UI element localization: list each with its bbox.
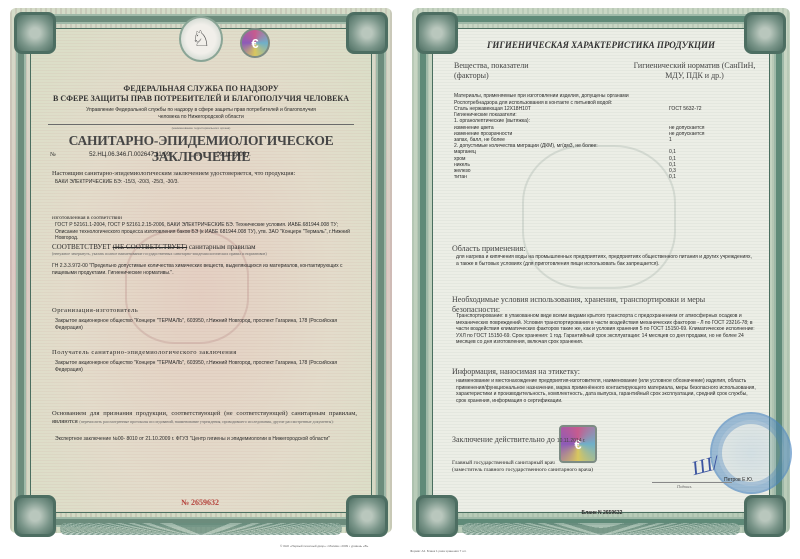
label-info-text: наименование и местонахождение предприят… [456,378,756,404]
manufacturer-text: Закрытое акционерное общество "Концерн "… [55,318,355,331]
valid-until-date: 10.11.2014 г. [557,438,586,444]
manufactured-label: изготовленная в соответствии [52,215,352,222]
rules-text: ГН 2.3.3.972-00 "Предельно допустимые ко… [52,263,358,276]
certifies-text: Настоящим санитарно-эпидемиологическим з… [52,170,362,178]
substance-name: титан [454,174,669,180]
signature-line [652,482,732,483]
blank-number: Бланк N 2659632 [552,510,652,517]
number-date-line: № 52.НЦ.06.346.П.002647.11.09 от 09.11.2… [50,151,370,159]
hygiene-table: Сталь нержавеющая 12Х18Н10ТГОСТ 5632-72Г… [454,106,754,180]
ornament-corner-icon [14,495,56,537]
header-line-2: В СФЕРЕ ЗАЩИТЫ ПРАВ ПОТРЕБИТЕЛЕЙ И БЛАГО… [40,94,362,104]
basis-caption: (перечислить рассмотренные протоколы исс… [79,419,333,424]
scope-text: для нагрева и кипячения воды на промышле… [456,254,756,267]
norm-value: 0,1 [669,174,754,180]
scope-label: Область применения: [452,244,752,254]
document-title: САНИТАРНО-ЭПИДЕМИОЛОГИЧЕСКОЕ ЗАКЛЮЧЕНИЕ [34,133,368,165]
ornament-corner-icon [744,495,786,537]
manufacturer-label: Организация-изготовитель [52,307,352,315]
conforms-word: СООТВЕТСТВУЕТ [52,243,111,251]
conditions-label: Необходимые условия использования, хране… [452,295,752,315]
guilloche-band [462,523,740,535]
sanitary-certificate-front: ♘ € ФЕДЕРАЛЬНАЯ СЛУЖБА ПО НАДЗОРУ В СФЕР… [0,0,402,559]
materials-intro: Материалы, применяемые при изготовлении … [454,93,634,106]
number-label: № [50,152,56,158]
printer-imprint: Формат А4. Бланк 1 раза хранения 7 шт. [410,549,530,554]
ornament-corner-icon [346,12,388,54]
certificate-number: 52.НЦ.06.346.П.002647.11.09 [89,152,170,158]
recipient-text: Закрытое акционерное общество "Концерн "… [55,360,355,373]
guilloche-band [60,523,342,535]
ornament-corner-icon [14,12,56,54]
signature-caption: Подпись [677,484,717,489]
hologram-icon: € [240,28,270,58]
standards-text: ГОСТ Р 52161.1-2004, ГОСТ Р 52161.2.15-2… [55,222,355,242]
table-row: титан0,1 [454,174,754,180]
valid-until-label: Заключение действительно до [452,435,555,444]
norm-column-header: Гигиенический норматив (СанПиН, МДУ, ПДК… [627,61,762,81]
department: Управление Федеральной службы по надзору… [50,107,352,120]
signer-name: Петров Е.Ю. [724,477,774,484]
basis-text: Экспертное заключение №00- 8010 от 21.10… [55,436,355,443]
blank-number: № 2659632 [150,498,250,507]
hygiene-characteristics-title: ГИГИЕНИЧЕСКАЯ ХАРАКТЕРИСТИКА ПРОДУКЦИИ [432,40,770,51]
date-label: от [195,152,201,158]
substances-column-header: Вещества, показатели (факторы) [454,61,544,81]
department-line-2: человека по Нижегородской области [50,114,352,121]
printer-imprint: © ЗАО «Первый печатный двор» • Москва • … [280,544,390,549]
ornament-corner-icon [346,495,388,537]
divider [48,124,354,125]
rules-caption: (ненужное зачеркнуть, указать полное наи… [52,251,352,256]
validity-line: Заключение действительно до 10.11.2014 г… [452,435,652,445]
basis-block: Основанием для признания продукции, соот… [52,410,357,426]
coat-of-arms-icon: ♘ [179,16,223,62]
signer-title: Главный государственный санитарный врач … [452,460,652,473]
department-caption: (наименование территориального органа) [48,126,354,131]
header-line-1: ФЕДЕРАЛЬНАЯ СЛУЖБА ПО НАДЗОРУ [40,84,362,94]
sanitary-certificate-back: ГИГИЕНИЧЕСКАЯ ХАРАКТЕРИСТИКА ПРОДУКЦИИ В… [402,0,800,559]
sanitary-rules-label: санитарным правилам [189,243,256,251]
ornament-corner-icon [416,495,458,537]
product-name: БАКИ ЭЛЕКТРИЧЕСКИЕ БЭ: -15/3, -20/3, -25… [55,179,355,186]
agency-header: ФЕДЕРАЛЬНАЯ СЛУЖБА ПО НАДЗОРУ В СФЕРЕ ЗА… [40,84,362,104]
signer-title-line-2: (заместитель главного государственного с… [452,467,652,474]
department-line-1: Управление Федеральной службы по надзору… [50,107,352,114]
conditions-text: Транспортирование: в упакованном виде вс… [456,313,756,346]
not-conforms-word: (НЕ СООТВЕТСТВУЕТ) [113,243,188,251]
label-info-label: Информация, наносимая на этикетку: [452,367,752,377]
conformity-line: СООТВЕТСТВУЕТ (НЕ СООТВЕТСТВУЕТ) санитар… [52,243,362,251]
issue-date: 09.11.2009 г. [216,152,250,158]
recipient-label: Получатель санитарно-эпидемиологического… [52,349,362,357]
